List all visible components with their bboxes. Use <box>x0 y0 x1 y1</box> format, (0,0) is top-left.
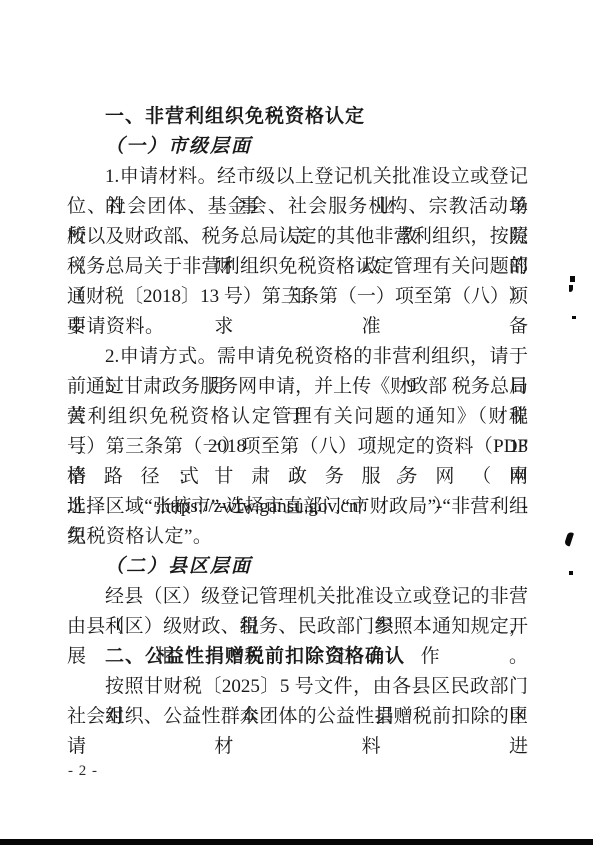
doc-line: 前通过甘肃政务服务网申请，并上传《财政部 税务总局关于非 <box>67 372 528 402</box>
scan-artifact <box>569 571 573 575</box>
doc-line: （财税〔2018〕13 号）第三条第（一）项至第（八）项要求准备 <box>67 282 528 312</box>
scan-artifact <box>569 285 573 292</box>
doc-line: 按照甘财税〔2025〕5 号文件，由各县区民政部门对本县区 <box>67 672 528 702</box>
doc-line: 免税资格认定”。 <box>67 522 528 552</box>
doc-line: 税务总局关于非营利组织免税资格认定管理有关问题的通知》 <box>67 252 528 282</box>
doc-line: 由县（区）级财政、税务、民政部门参照本通知规定开展相关工作。 <box>67 612 528 642</box>
scan-artifact <box>572 316 576 319</box>
subsection-heading-1: （一）市级层面 <box>67 132 528 162</box>
doc-line: 2.申请方式。需申请免税资格的非营利组织，请于 5 月 9 日 <box>67 342 528 372</box>
page-number: - 2 - <box>68 762 98 780</box>
doc-line: 营利组织免税资格认定管理有关问题的通知》（财税〔2018〕13 <box>67 402 528 432</box>
doc-line: 选择区域“张掖市”-选择市直部门“市财政局”-“非营利组织 <box>67 492 528 522</box>
scan-edge-bar <box>0 839 593 845</box>
subsection-heading-2: （二）县区层面 <box>67 552 528 582</box>
doc-line: 1.申请材料。经市级以上登记机关批准设立或登记的事业单 <box>67 162 528 192</box>
doc-line-url: 请路径：甘肃政务服务网（网址:https://zwfw.gansu.gov.cn… <box>67 462 528 492</box>
scan-artifact <box>564 531 574 546</box>
doc-line: 经县（区）级登记管理机关批准设立或登记的非营利组织， <box>67 582 528 612</box>
doc-line: 校以及财政部、税务总局认定的其他非营利组织，按照《财政部 <box>67 222 528 252</box>
scan-artifact <box>570 276 575 282</box>
document-page: 一、非营利组织免税资格认定 （一）市级层面 1.申请材料。经市级以上登记机关批准… <box>0 0 593 845</box>
section-heading-1: 一、非营利组织免税资格认定 <box>67 102 528 132</box>
doc-line: 号）第三条第（一）项至第（八）项规定的资料（PDF 格式）。申 <box>67 432 528 462</box>
doc-line: 位、社会团体、基金会、社会服务机构、宗教活动场所、宗教院 <box>67 192 528 222</box>
document-text-block: 一、非营利组织免税资格认定 （一）市级层面 1.申请材料。经市级以上登记机关批准… <box>67 102 528 732</box>
doc-line: 社会组织、公益性群众团体的公益性捐赠税前扣除的申请材料进 <box>67 702 528 732</box>
